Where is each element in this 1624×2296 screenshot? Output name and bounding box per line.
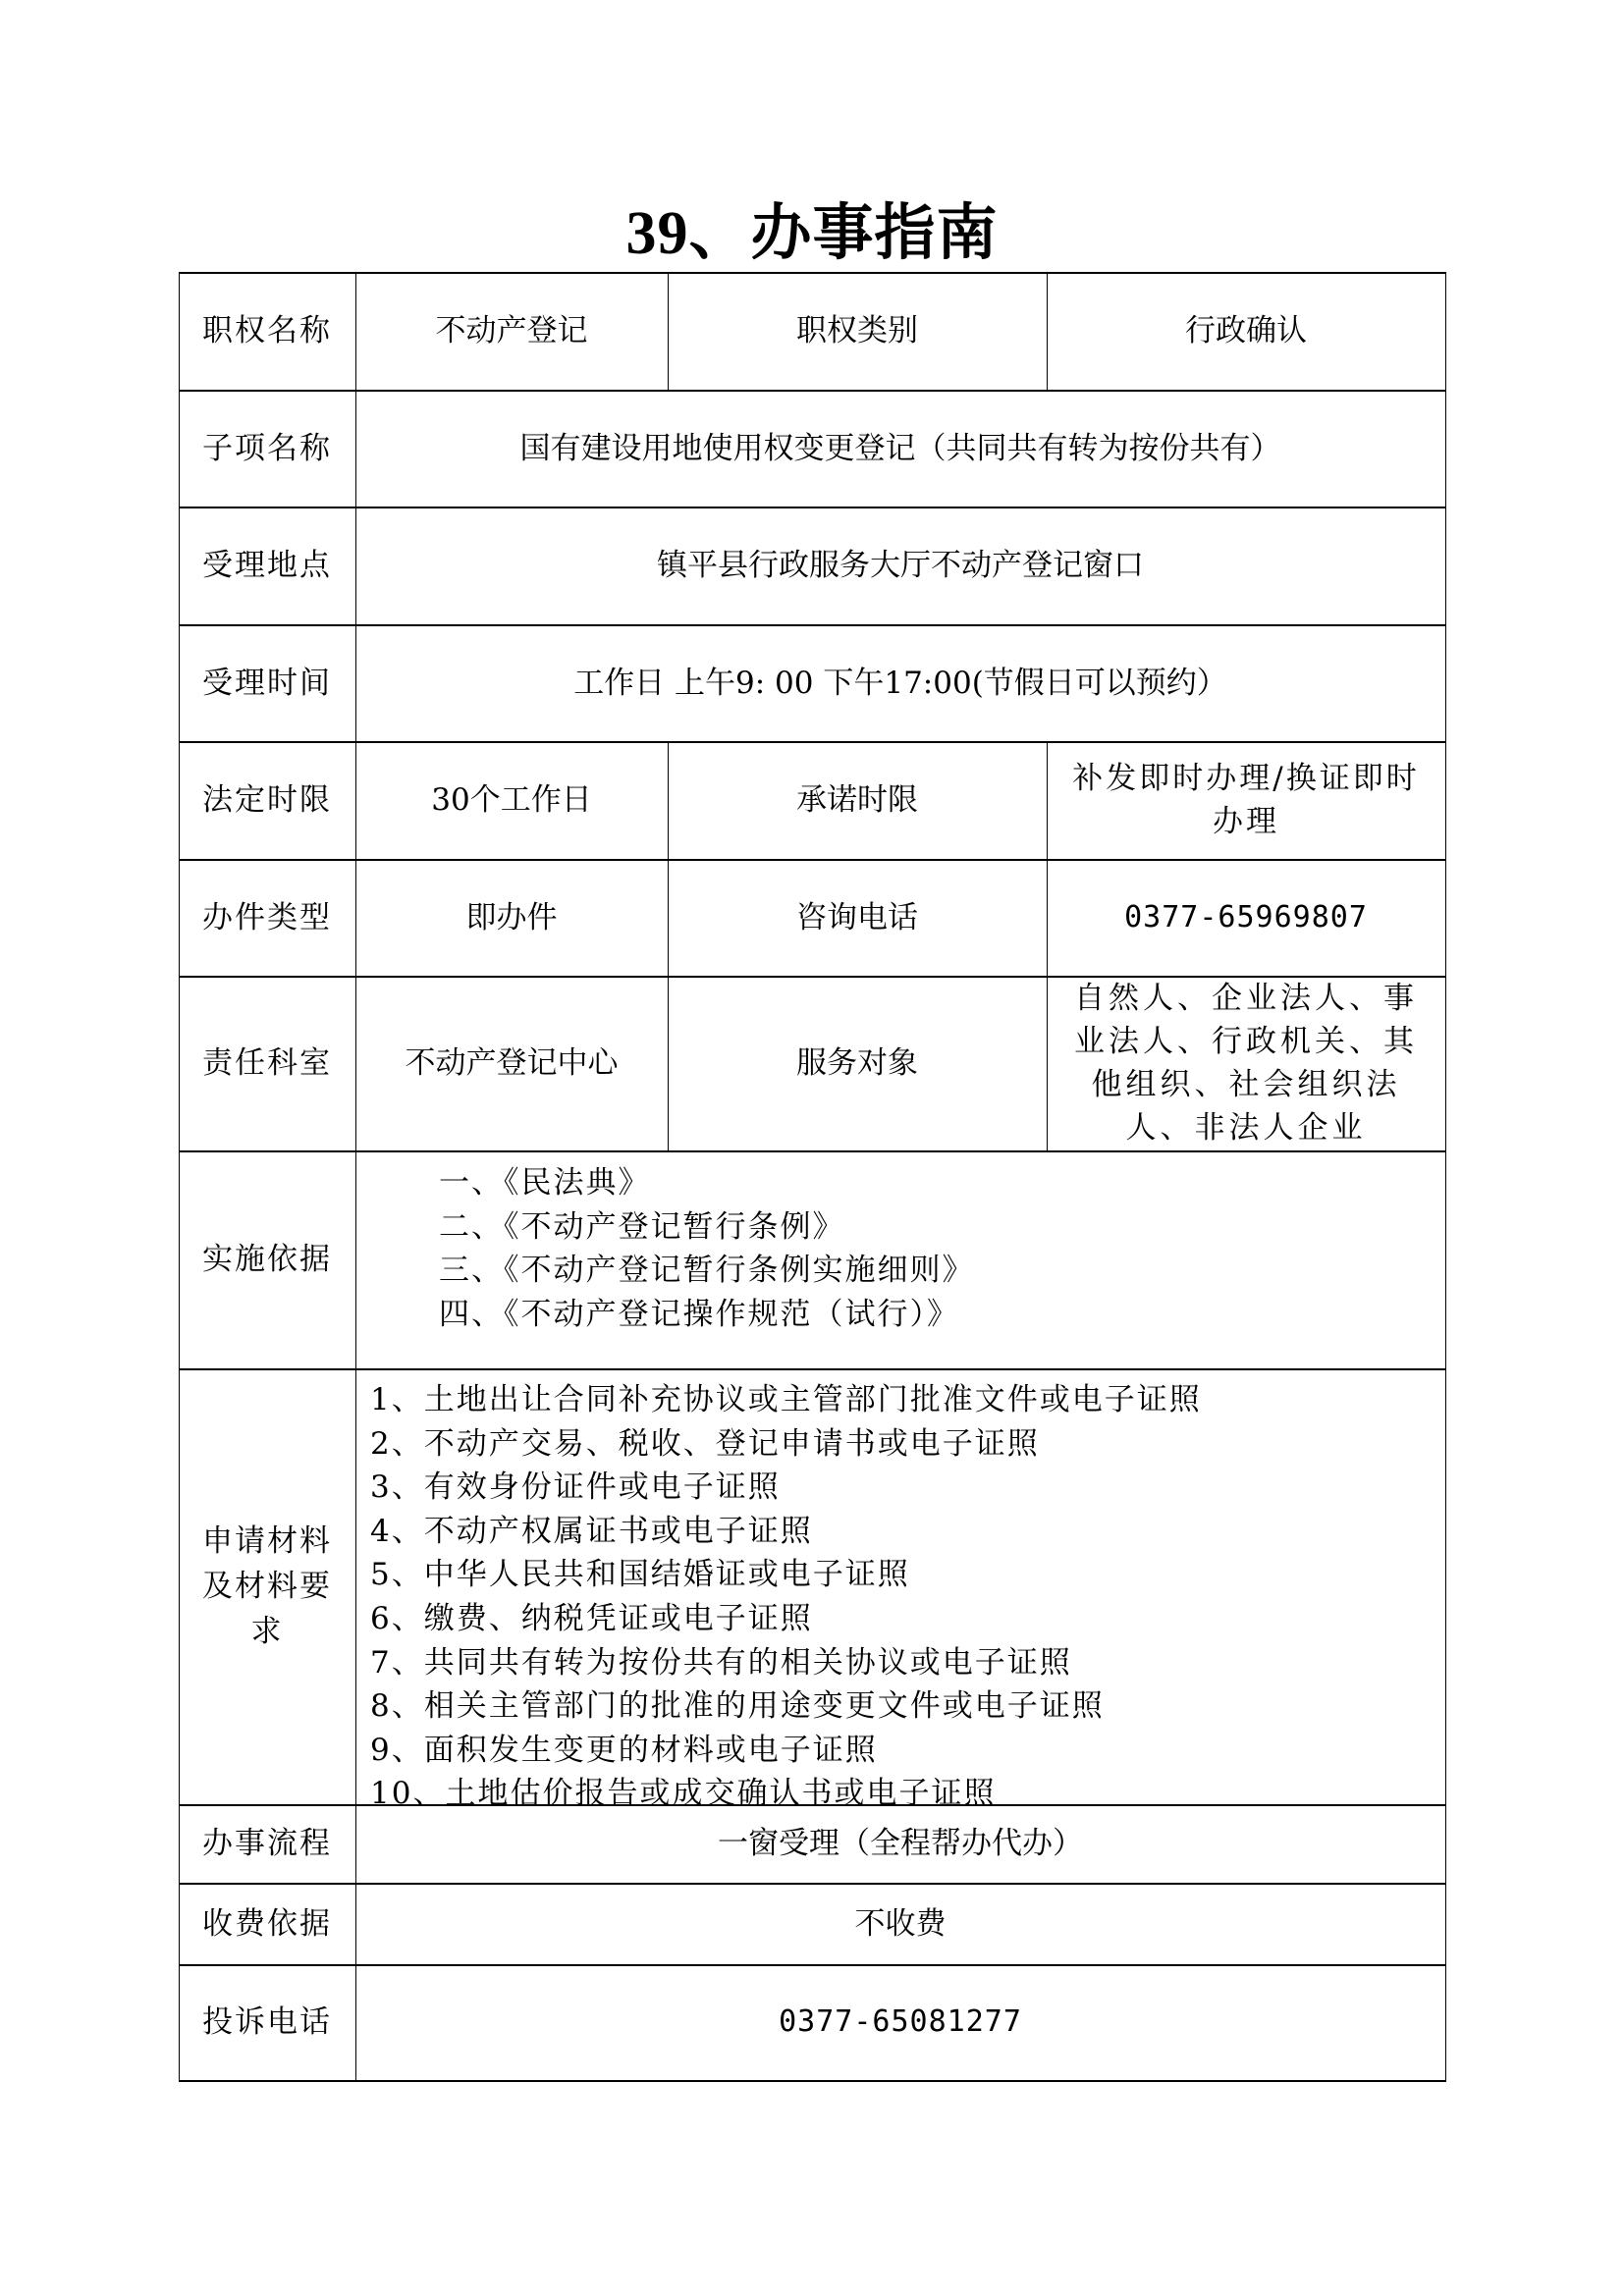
label-department: 责任科室 [179,976,355,1150]
label-authority-name: 职权名称 [179,272,355,390]
material-item: 1、土地出让合同补充协议或主管部门批准文件或电子证照 [370,1378,1202,1422]
basis-item: 四、《不动产登记操作规范（试行）》 [439,1293,975,1337]
value-authority-name: 不动产登记 [355,272,668,390]
value-hours: 工作日 上午9: 00 下午17:00(节假日可以预约） [355,624,1445,741]
value-complaint-phone: 0377-65081277 [355,1964,1445,2080]
value-fee: 不收费 [355,1883,1445,1964]
label-complaint-phone: 投诉电话 [179,1964,355,2080]
label-location: 受理地点 [179,507,355,624]
basis-item: 二、《不动产登记暂行条例》 [439,1205,975,1250]
value-sub-item: 国有建设用地使用权变更登记（共同共有转为按份共有） [355,390,1445,507]
materials-list: 1、土地出让合同补充协议或主管部门批准文件或电子证照 2、不动产交易、税收、登记… [370,1378,1202,1816]
table-border-right [1445,272,1446,2081]
label-materials: 申请材料及材料要求 [189,1368,346,1804]
value-consult-phone: 0377-65969807 [1047,859,1445,976]
material-item: 5、中华人民共和国结婚证或电子证照 [370,1553,1202,1597]
material-item: 3、有效身份证件或电子证照 [370,1466,1202,1510]
value-location: 镇平县行政服务大厅不动产登记窗口 [355,507,1445,624]
label-case-type: 办件类型 [179,859,355,976]
material-item: 2、不动产交易、税收、登记申请书或电子证照 [370,1422,1202,1467]
basis-item: 三、《不动产登记暂行条例实施细则》 [439,1249,975,1293]
value-legal-limit: 30个工作日 [355,741,668,859]
material-item: 6、缴费、纳税凭证或电子证照 [370,1597,1202,1641]
material-item: 9、面积发生变更的材料或电子证照 [370,1729,1202,1773]
label-hours: 受理时间 [179,624,355,741]
basis-item: 一、《民法典》 [439,1161,975,1205]
label-basis: 实施依据 [179,1150,355,1368]
row-divider [179,1368,1446,1370]
page-title: 39、办事指南 [0,196,1624,271]
label-process: 办事流程 [179,1804,355,1883]
value-process: 一窗受理（全程帮办代办） [355,1804,1445,1883]
value-authority-category: 行政确认 [1047,272,1445,390]
material-item: 7、共同共有转为按份共有的相关协议或电子证照 [370,1641,1202,1685]
basis-list: 一、《民法典》 二、《不动产登记暂行条例》 三、《不动产登记暂行条例实施细则》 … [439,1161,975,1336]
material-item: 8、相关主管部门的批准的用途变更文件或电子证照 [370,1684,1202,1729]
value-case-type: 即办件 [355,859,668,976]
value-service-target: 自然人、企业法人、事业法人、行政机关、其他组织、社会组织法人、非法人企业 [1047,976,1445,1150]
label-legal-limit: 法定时限 [179,741,355,859]
label-service-target: 服务对象 [668,976,1047,1150]
label-sub-item: 子项名称 [179,390,355,507]
row-divider [179,1150,1446,1152]
label-fee: 收费依据 [179,1883,355,1964]
value-department: 不动产登记中心 [355,976,668,1150]
value-promised-limit: 补发即时办理/换证即时办理 [1047,741,1445,859]
material-item: 4、不动产权属证书或电子证照 [370,1510,1202,1554]
label-promised-limit: 承诺时限 [668,741,1047,859]
label-consult-phone: 咨询电话 [668,859,1047,976]
table-border-bottom [179,2080,1446,2082]
label-authority-category: 职权类别 [668,272,1047,390]
